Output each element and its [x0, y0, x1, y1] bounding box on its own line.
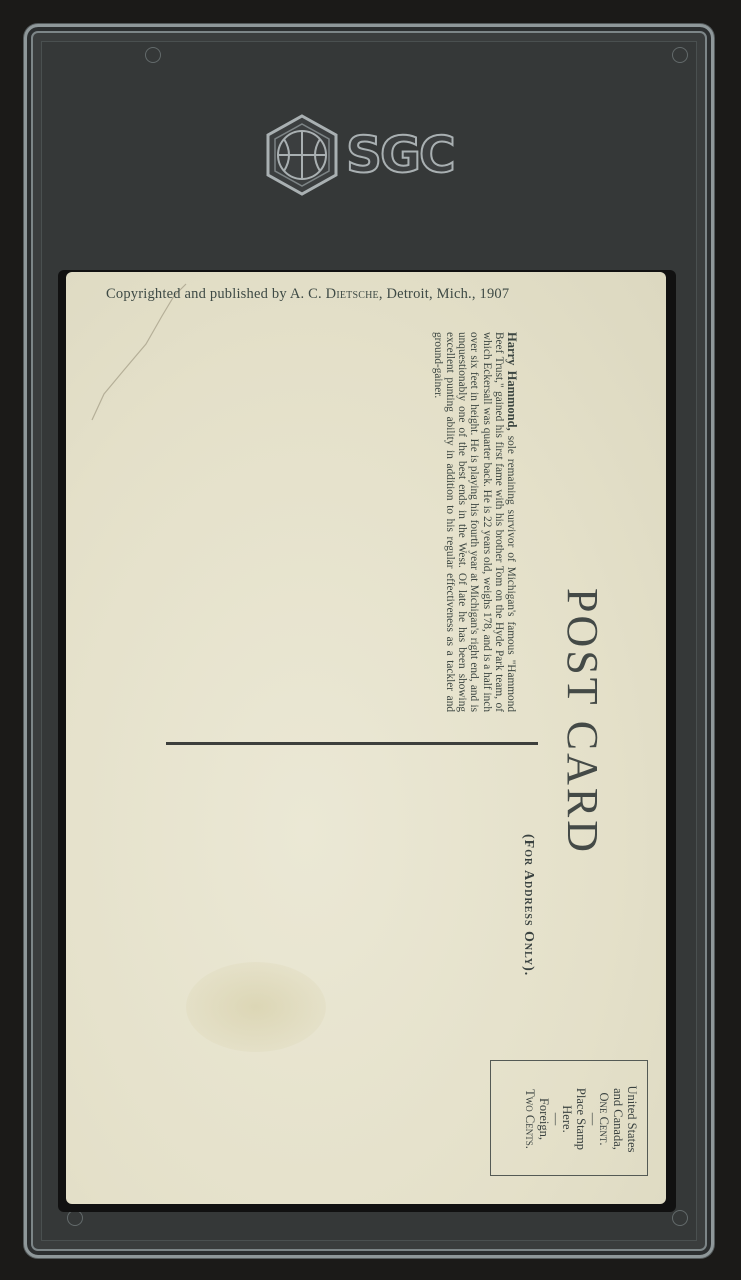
sgc-wordmark: SGC: [346, 130, 454, 180]
player-bio: Harry Hammond, sole remaining survivor o…: [432, 332, 518, 712]
slab-rivet: [672, 47, 688, 63]
stamp-instructions: United States and Canada, One Cent. — Pl…: [523, 1067, 639, 1171]
slab-rivet: [145, 47, 161, 63]
card-stain: [186, 962, 326, 1052]
sgc-baseball-basketball-hex-icon: [262, 113, 342, 197]
stamp-box: United States and Canada, One Cent. — Pl…: [490, 1060, 648, 1176]
sgc-logo: SGC: [262, 113, 472, 197]
address-divider-line: [166, 742, 538, 745]
card-crease: [84, 282, 194, 422]
copyright-line: Copyrighted and published by A. C. Diets…: [106, 286, 509, 303]
slab-rivet: [672, 1210, 688, 1226]
slab-rivet: [67, 1210, 83, 1226]
post-card-title: POST CARD: [557, 588, 608, 855]
postcard-back: Copyrighted and published by A. C. Diets…: [66, 272, 666, 1204]
address-only-note: (For Address Only).: [520, 834, 536, 976]
